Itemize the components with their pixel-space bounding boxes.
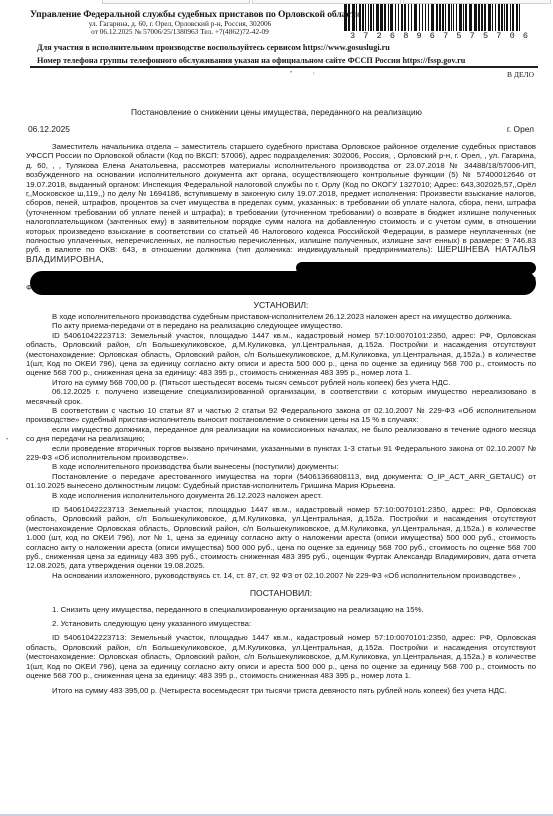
intro-paragraph: Заместитель начальника отдела – заместит… — [26, 142, 536, 264]
barcode-digit: 3 — [350, 31, 355, 41]
barcode-digit: 6 — [390, 31, 395, 41]
established-paragraph: если имущество должника, переданное для … — [26, 425, 536, 444]
resolved-paragraph: 1. Снизить цену имущества, переданного в… — [26, 605, 536, 614]
barcode-digit: 7 — [470, 31, 475, 41]
barcode-bar — [376, 4, 379, 31]
barcode-bar — [348, 4, 350, 31]
established-paragraph: Итого на сумму 568 700,00 р. (Пятьсот ше… — [26, 378, 536, 387]
barcode-bar — [344, 4, 347, 31]
barcode-bar — [422, 4, 423, 31]
barcode-bar — [492, 4, 493, 31]
barcode-bar — [398, 4, 399, 31]
barcode-bar — [431, 4, 434, 31]
barcode-digit: 7 — [443, 31, 448, 41]
scan-speck: , — [313, 69, 315, 75]
barcode-bar — [469, 4, 472, 31]
established-paragraph: В соответствии с частью 10 статьи 87 и ч… — [26, 406, 536, 425]
barcode-digit: 8 — [403, 31, 408, 41]
header-divider — [30, 66, 538, 68]
barcode-bar — [401, 4, 403, 31]
barcode-bar — [388, 4, 389, 31]
document-body: Заместитель начальника отдела – заместит… — [26, 142, 536, 695]
barcode-bar — [373, 4, 374, 31]
filing-stamp: В ДЕЛО — [507, 70, 534, 79]
established-paragraph: ID 54061042223713: Земельный участок, пл… — [26, 331, 536, 378]
scan-speck: • — [290, 70, 292, 76]
barcode-bar — [380, 4, 383, 31]
barcode-bar — [356, 4, 357, 31]
barcode-bar — [519, 4, 520, 31]
barcode-bar — [419, 4, 420, 31]
phone-service-notice: Номер телефона группы телефонного обслуж… — [37, 56, 465, 65]
established-paragraph: В ходе исполнения исполнительного докуме… — [26, 491, 536, 500]
barcode: 37268967575706 — [338, 4, 538, 40]
barcode-digit: 6 — [430, 31, 435, 41]
barcode-bar — [439, 4, 441, 31]
barcode-digit: 7 — [496, 31, 501, 41]
barcode-bar — [478, 4, 480, 31]
barcode-bar — [498, 4, 500, 31]
established-paragraph: 06.12.2025 г. получено извещение специал… — [26, 387, 536, 406]
barcode-bar — [414, 4, 417, 31]
barcode-bar — [425, 4, 426, 31]
established-heading: УСТАНОВИЛ: — [26, 301, 536, 310]
barcode-bar — [404, 4, 406, 31]
redaction-block — [30, 271, 536, 295]
barcode-digit: 5 — [456, 31, 461, 41]
barcode-number: 37268967575706 — [350, 31, 528, 41]
barcode-bar — [359, 4, 361, 31]
barcode-bars — [344, 4, 522, 31]
barcode-bar — [495, 4, 496, 31]
barcode-bar — [516, 4, 518, 31]
barcode-bar — [352, 4, 355, 31]
established-paragraph: ID 54061042223713 Земельный участок, пло… — [26, 505, 536, 571]
barcode-bar — [484, 4, 486, 31]
document-date: 06.12.2025 — [28, 124, 70, 134]
barcode-digit: 7 — [363, 31, 368, 41]
resolved-section: 1. Снизить цену имущества, переданного в… — [26, 605, 536, 695]
barcode-bar — [411, 4, 412, 31]
org-reference: от 06.12.2025 № 57006/25/1380963 Тел. +7… — [30, 28, 330, 36]
barcode-bar — [488, 4, 491, 31]
barcode-bar — [370, 4, 372, 31]
barcode-bar — [445, 4, 446, 31]
barcode-bar — [465, 4, 467, 31]
established-paragraph: В ходе исполнительного производства суде… — [26, 312, 536, 321]
barcode-bar — [384, 4, 386, 31]
barcode-bar — [362, 4, 364, 31]
barcode-bar — [510, 4, 511, 31]
barcode-bar — [463, 4, 464, 31]
barcode-bar — [448, 4, 450, 31]
document-city: г. Орел — [507, 124, 534, 134]
barcode-bar — [395, 4, 396, 31]
barcode-bar — [481, 4, 483, 31]
barcode-bar — [436, 4, 438, 31]
barcode-digit: 5 — [483, 31, 488, 41]
barcode-digit: 2 — [377, 31, 382, 41]
resolved-paragraph: ID 54061042223713: Земельный участок, пл… — [26, 633, 536, 680]
barcode-bar — [408, 4, 409, 31]
resolved-paragraph: Итого на сумму 483 395,00 р. (Четыреста … — [26, 686, 536, 695]
established-section: В ходе исполнительного производства суде… — [26, 312, 536, 580]
barcode-bar — [428, 4, 429, 31]
established-paragraph: Постановление о передаче арестованного и… — [26, 472, 536, 491]
barcode-bar — [390, 4, 393, 31]
established-paragraph: если проведение вторичных торгов вызвано… — [26, 444, 536, 463]
resolved-paragraph: 2. Установить следующую цену указанного … — [26, 619, 536, 628]
gosuslugi-service-notice: Для участия в исполнительном производств… — [37, 43, 390, 52]
barcode-bar — [453, 4, 454, 31]
barcode-bar — [506, 4, 508, 31]
intro-text: Заместитель начальника отдела – заместит… — [26, 142, 536, 254]
established-paragraph: В ходе исполнительного производства были… — [26, 462, 536, 471]
barcode-bar — [512, 4, 514, 31]
barcode-bar — [459, 4, 462, 31]
barcode-digit: 9 — [416, 31, 421, 41]
barcode-digit: 6 — [523, 31, 528, 41]
barcode-bar — [456, 4, 457, 31]
barcode-bar — [442, 4, 444, 31]
scan-speck: • — [6, 437, 8, 443]
document-title: Постановление о снижении цены имущества,… — [0, 107, 553, 117]
barcode-bar — [474, 4, 477, 31]
barcode-digit: 0 — [510, 31, 515, 41]
established-paragraph: На основании изложенного, руководствуясь… — [26, 571, 536, 580]
resolved-heading: ПОСТАНОВИЛ: — [26, 589, 536, 598]
established-paragraph: По акту приема-передачи от в передано на… — [26, 321, 536, 330]
barcode-bar — [365, 4, 366, 31]
barcode-bar — [504, 4, 505, 31]
issuing-organization: Управление Федеральной службы судебных п… — [30, 9, 330, 36]
barcode-bar — [451, 4, 452, 31]
barcode-bar — [368, 4, 369, 31]
barcode-bar — [501, 4, 503, 31]
